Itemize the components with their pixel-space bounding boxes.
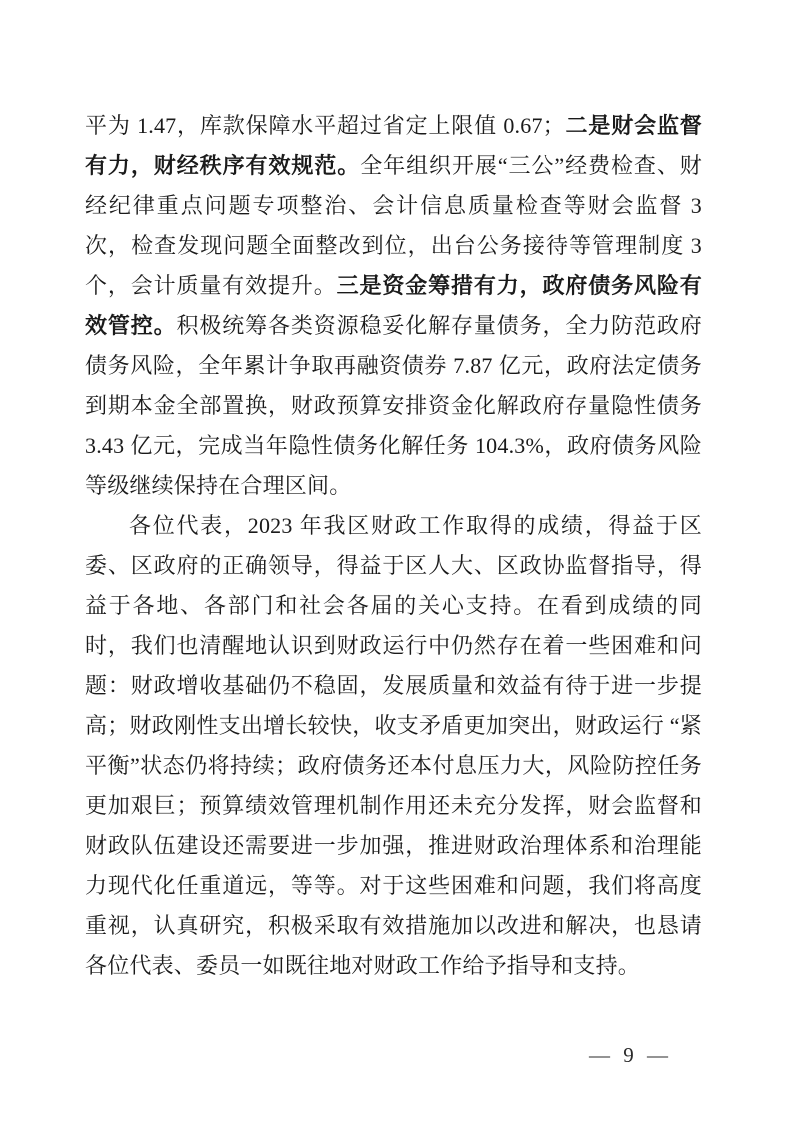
page-footer: — 9 —	[552, 1019, 672, 1091]
body-text-run: 平为 1.47，库款保障水平超过省定上限值 0.67；	[85, 113, 565, 138]
paragraph: 平为 1.47，库款保障水平超过省定上限值 0.67；二是财会监督有力，财经秩序…	[85, 106, 702, 506]
page-number: — 9 —	[589, 1043, 672, 1067]
body-text-run: 各位代表，2023 年我区财政工作取得的成绩，得益于区委、区政府的正确领导，得益…	[85, 513, 702, 978]
document-page: 平为 1.47，库款保障水平超过省定上限值 0.67；二是财会监督有力，财经秩序…	[0, 0, 793, 1122]
document-body: 平为 1.47，库款保障水平超过省定上限值 0.67；二是财会监督有力，财经秩序…	[85, 106, 702, 986]
body-text-run: 积极统筹各类资源稳妥化解存量债务，全力防范政府债务风险，全年累计争取再融资债券 …	[85, 313, 702, 498]
paragraph: 各位代表，2023 年我区财政工作取得的成绩，得益于区委、区政府的正确领导，得益…	[85, 506, 702, 986]
